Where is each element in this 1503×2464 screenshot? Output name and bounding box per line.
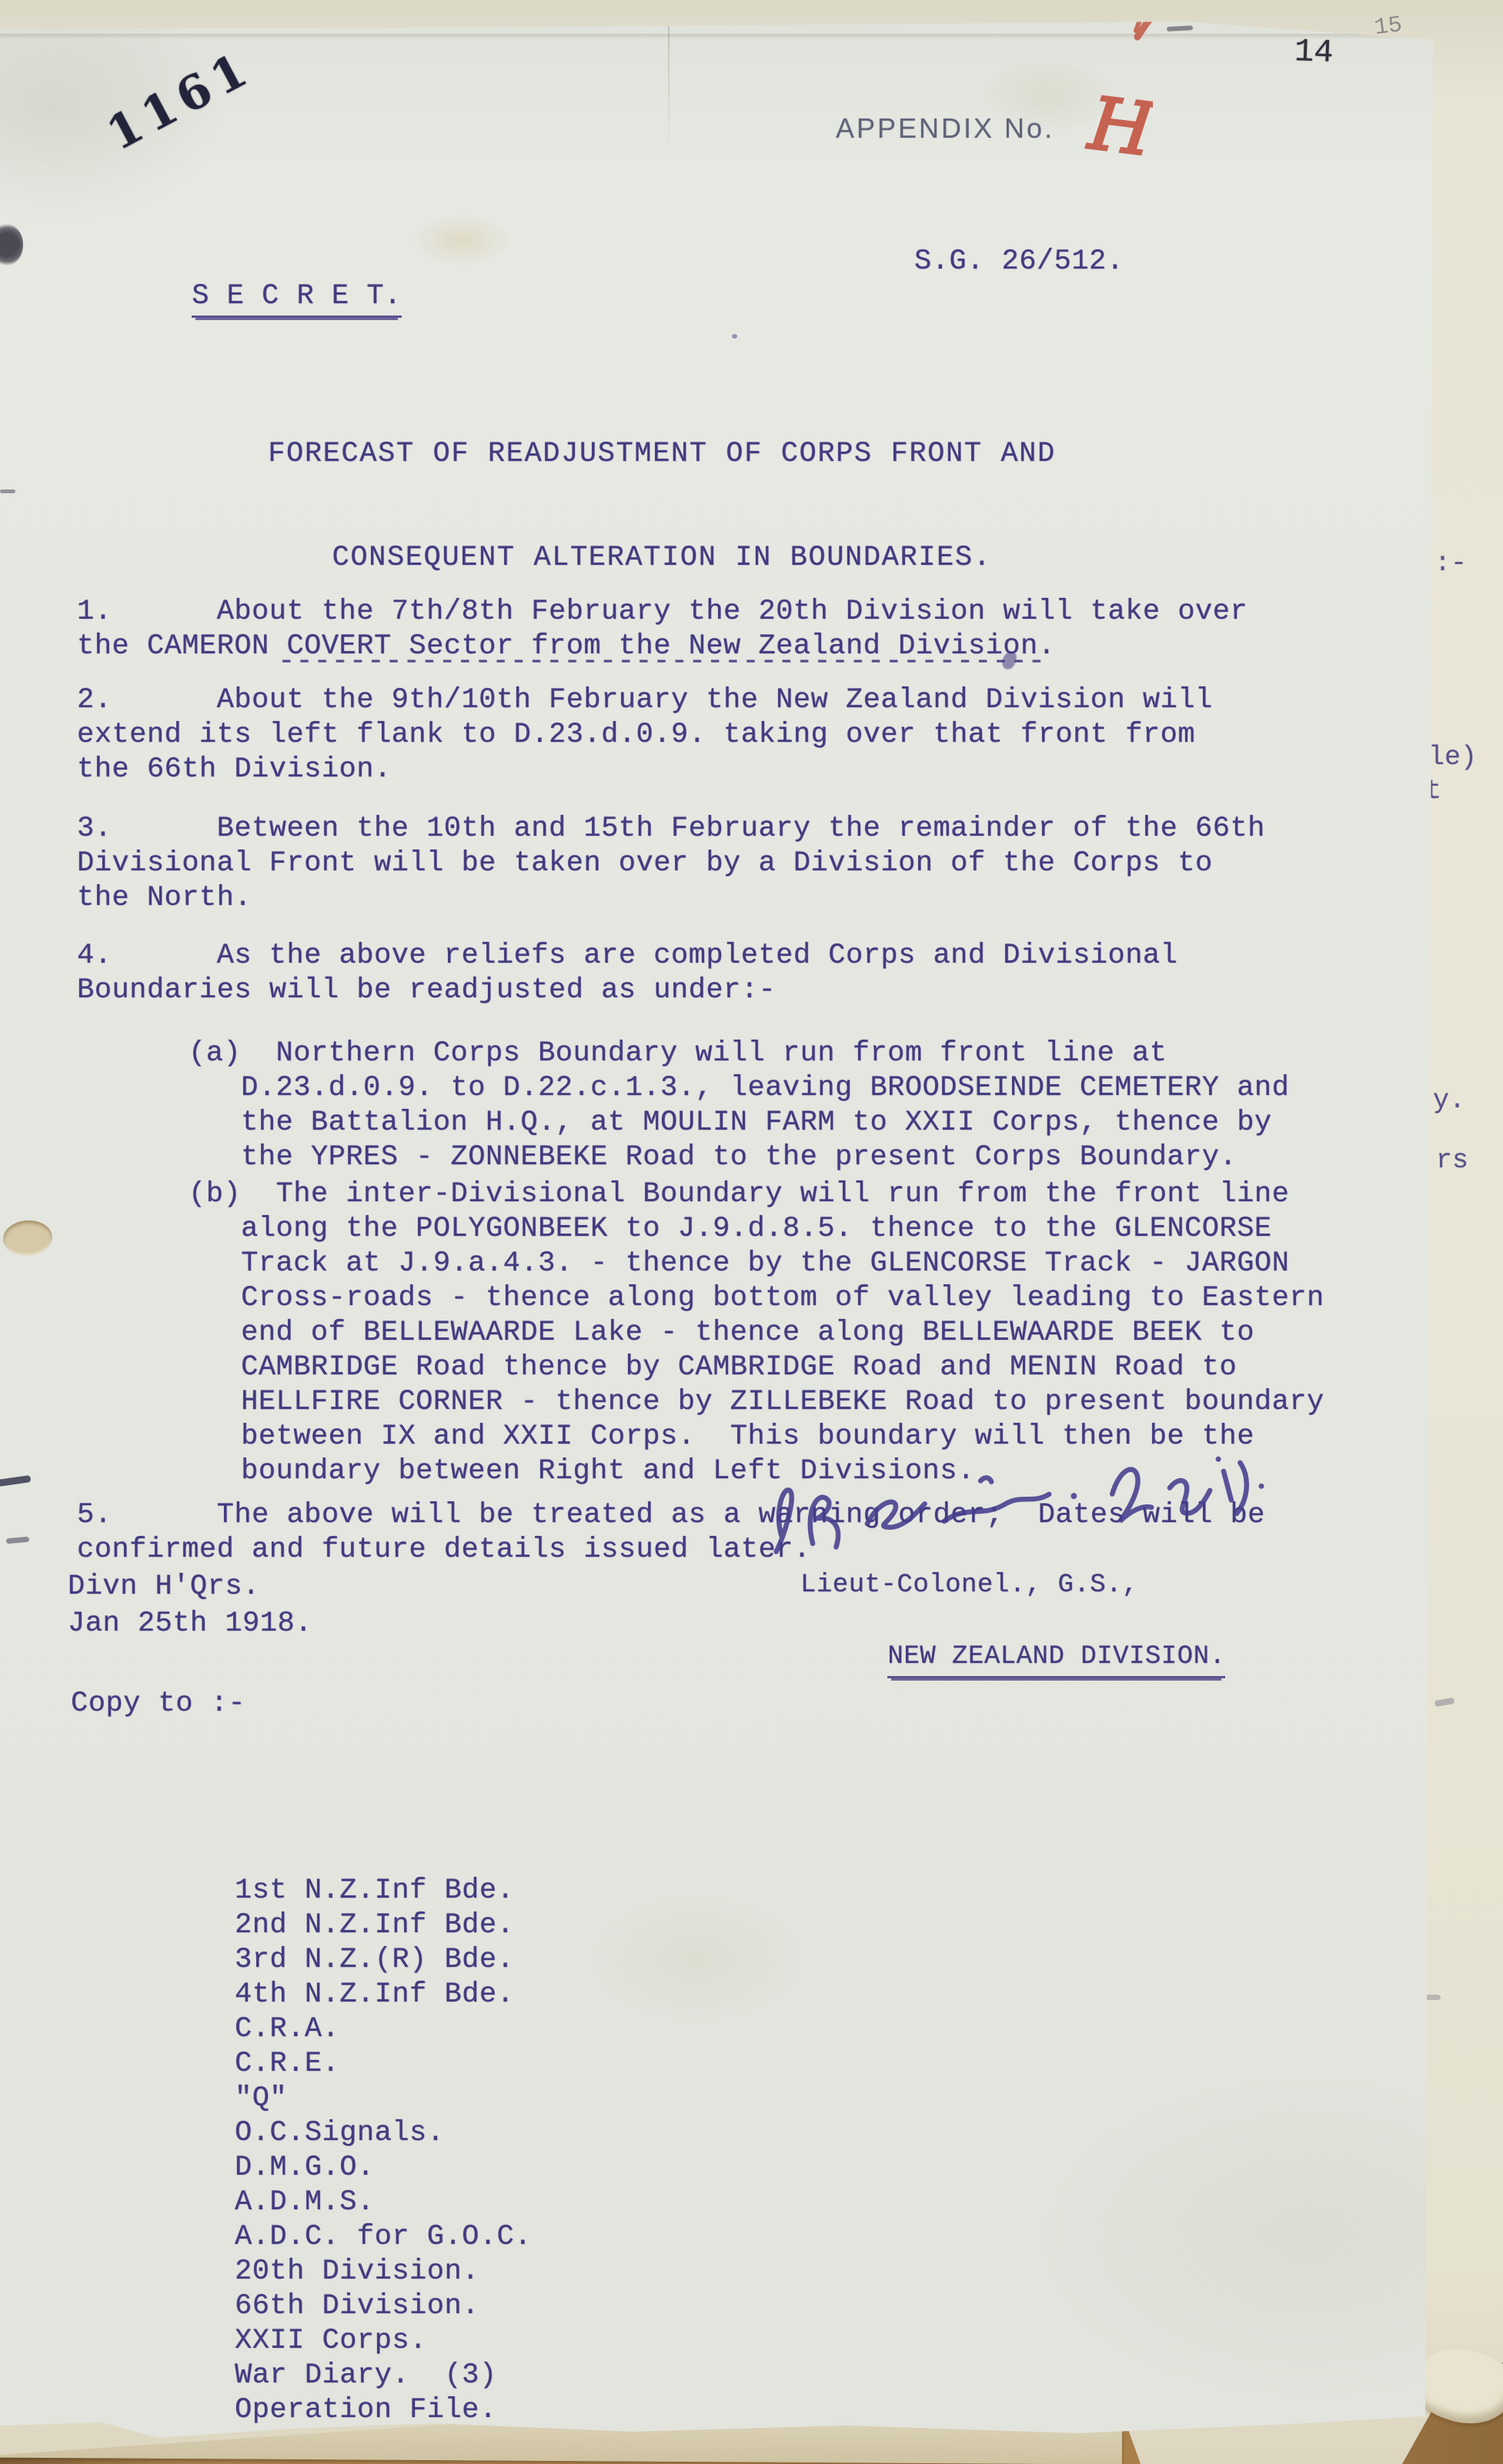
- punch-hole-dark: [0, 223, 23, 266]
- punch-hole: [2, 1219, 53, 1257]
- copy-to-item: O.C.Signals.: [235, 2116, 532, 2151]
- typed-line: (a) Northern Corps Boundary will run fro…: [189, 1037, 1289, 1071]
- copy-to-heading: Copy to :-: [71, 1687, 245, 1721]
- registry-stamp-number: 1161: [99, 41, 262, 162]
- copy-to-item: C.R.A.: [235, 2012, 532, 2047]
- ink-speck: [1425, 1995, 1441, 2000]
- officer-unit: NEW ZEALAND DIVISION.: [791, 1605, 1225, 1713]
- appendix-letter-text: H: [1084, 82, 1153, 172]
- typed-line: CAMBRIDGE Road thence by CAMBRIDGE Road …: [189, 1351, 1324, 1385]
- copy-to-item: "Q": [235, 2082, 532, 2116]
- copy-to-item: Operation File.: [235, 2393, 532, 2428]
- paper-crease: [668, 22, 670, 152]
- ink-smudge: [0, 489, 15, 493]
- copy-to-item: 66th Division.: [235, 2289, 532, 2324]
- typed-line: Track at J.9.a.4.3. - thence by the GLEN…: [189, 1247, 1324, 1281]
- copy-to-item: 3rd N.Z.(R) Bde.: [235, 1943, 532, 1978]
- officer-rank: Lieut-Colonel., G.S.,: [800, 1568, 1138, 1603]
- classification-secret: S E C R E T.: [87, 245, 402, 352]
- reference-number: S.G. 26/512.: [914, 245, 1124, 279]
- copy-to-list: 1st N.Z.Inf Bde.2nd N.Z.Inf Bde.3rd N.Z.…: [235, 1770, 532, 2462]
- ink-smudge: [6, 1537, 29, 1544]
- classification-text: S E C R E T.: [192, 279, 401, 318]
- paper-sheet-main: 1161 APPENDIX No. H 14 S E C R E T. S.G.…: [0, 0, 1503, 2464]
- hq-date: Jan 25th 1918.: [68, 1607, 312, 1641]
- copy-to-item: A.D.M.S.: [235, 2185, 532, 2220]
- appendix-label: APPENDIX No.: [836, 112, 1054, 145]
- appendix-letter-handwritten: H: [1076, 80, 1153, 172]
- typed-line: end of BELLEWAARDE Lake - thence along B…: [189, 1316, 1324, 1351]
- typed-line: along the POLYGONBEEK to J.9.d.8.5. then…: [189, 1212, 1324, 1247]
- officer-unit-text: NEW ZEALAND DIVISION.: [887, 1640, 1225, 1678]
- ink-speck: [732, 334, 737, 339]
- doc-title-line-1: FORECAST OF READJUSTMENT OF CORPS FRONT …: [231, 437, 1093, 472]
- copy-to-item: C.R.E.: [235, 2047, 532, 2082]
- typed-line: Cross-roads - thence along bottom of val…: [189, 1281, 1324, 1316]
- edge-fragment: :-: [1435, 548, 1467, 579]
- copy-to-item: A.D.C. for G.O.C.: [235, 2220, 532, 2255]
- copy-to-item: 20th Division.: [235, 2255, 532, 2289]
- copy-to-item: 2nd N.Z.Inf Bde.: [235, 1908, 532, 1943]
- ink-smudge: [0, 1475, 31, 1487]
- copy-to-item: 1st N.Z.Inf Bde.: [235, 1874, 532, 1908]
- edge-fragment: rs: [1436, 1145, 1468, 1176]
- copy-to-item: 4th N.Z.Inf Bde.: [235, 1978, 532, 2012]
- copy-to-item: D.M.G.O.: [235, 2151, 532, 2185]
- copy-to-item: War Diary. (3): [235, 2359, 532, 2393]
- signature-scrawl: [747, 1411, 1284, 1574]
- edge-fragment: le): [1428, 742, 1477, 773]
- hq-location: Divn H'Qrs.: [68, 1570, 260, 1604]
- photographed-document-scene: :- le) t y. rs 15 1161 APPENDIX No. H 14…: [0, 0, 1503, 2464]
- typed-line: (b) The inter-Divisional Boundary will r…: [189, 1177, 1324, 1212]
- page-number: 14: [1294, 33, 1334, 72]
- copy-to-item: XXII Corps.: [235, 2324, 532, 2359]
- paper-crease: [0, 34, 1433, 39]
- edge-fragment: y.: [1433, 1085, 1465, 1116]
